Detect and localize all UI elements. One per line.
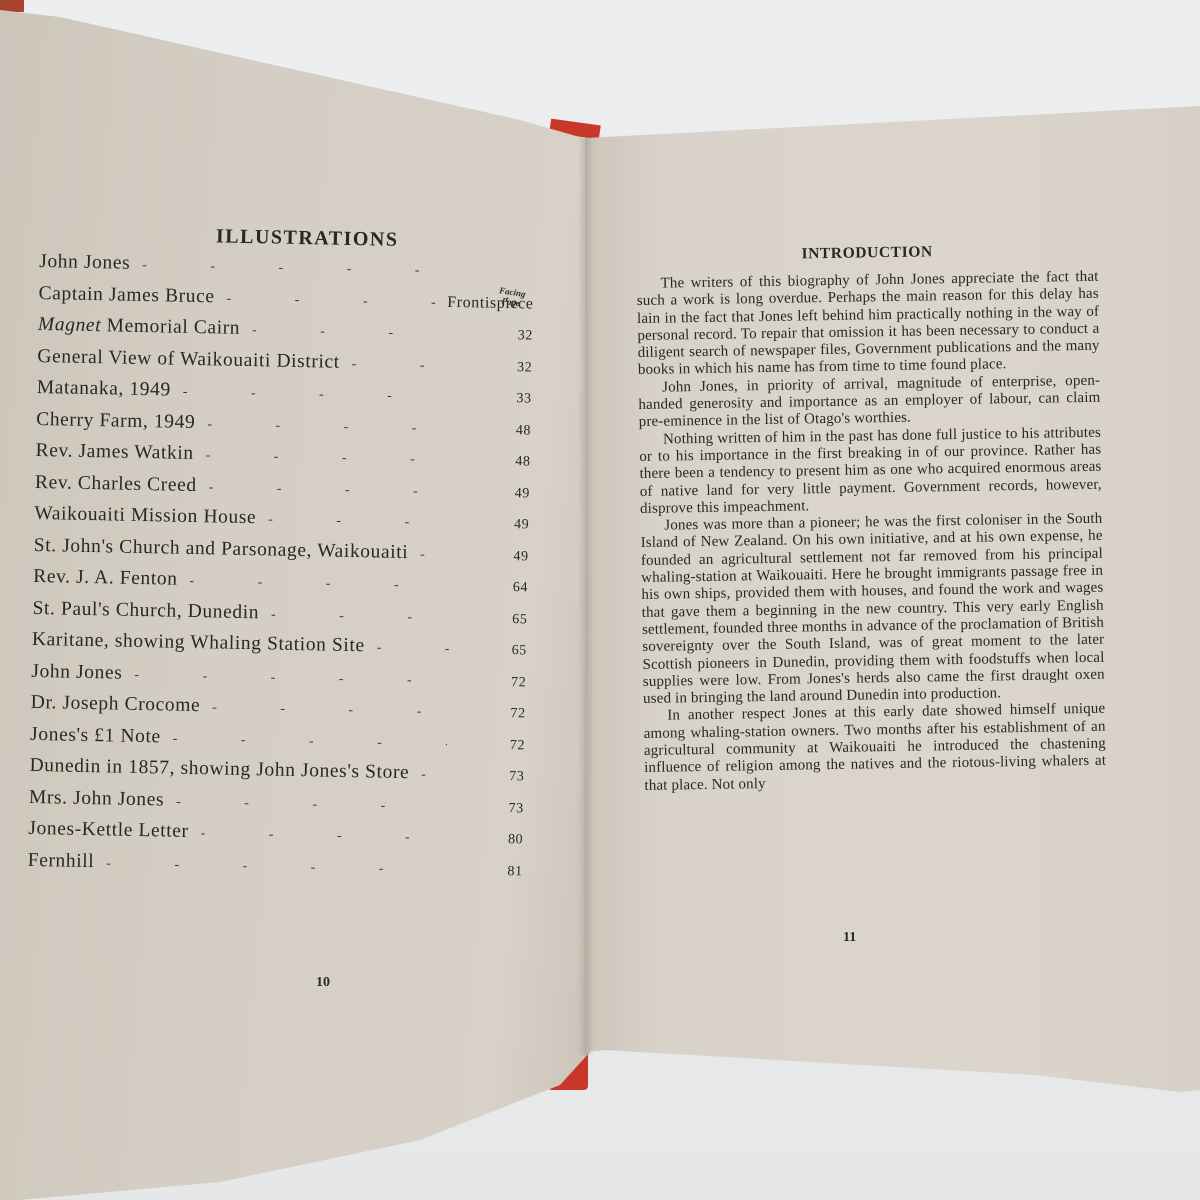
leader-dots: - - - - - - - - <box>193 448 452 469</box>
introduction-body: The writers of this biography of John Jo… <box>636 269 1106 795</box>
leader-dots: - - - - - - - - <box>240 323 455 343</box>
illustrations-list-section: ILLUSTRATIONS Facing Page John Jones - -… <box>27 222 535 890</box>
paragraph: Nothing written of him in the past has d… <box>639 424 1102 518</box>
page-number-right: 11 <box>843 930 856 946</box>
leader-dots: - - - - <box>340 356 455 374</box>
leader-dots: - - - - - - - - <box>171 385 454 406</box>
leader-dots: - - - - - - - - - <box>122 667 448 689</box>
leader-dots: - - - <box>365 640 450 658</box>
leader-dots: - - <box>408 547 451 564</box>
leader-dots: - - - - - - - <box>130 258 456 280</box>
leader-dots: - - - - - - - - <box>196 480 452 501</box>
page-number-left: 10 <box>316 975 330 991</box>
leader-dots: - - - - - - <box>256 512 451 532</box>
leader-dots: - - <box>409 767 447 784</box>
book-gutter <box>578 135 594 1055</box>
leader-dots: - - - - - - - - <box>177 574 450 595</box>
leader-dots: - - - - - - - <box>200 700 448 721</box>
paragraph: In another respect Jones at this early d… <box>643 701 1106 795</box>
leader-dots: - - - - - - - - <box>161 731 448 752</box>
leader-dots: - - - - - - - - <box>195 417 453 438</box>
leader-dots: - - - - - - <box>214 291 443 311</box>
leader-dots: - - - - - - - - <box>164 794 446 815</box>
leader-dots: - - - - - - - <box>259 607 450 627</box>
paragraph: The writers of this biography of John Jo… <box>636 269 1100 380</box>
paragraph: John Jones, in priority of arrival, magn… <box>638 373 1101 432</box>
book-cover-corner <box>0 0 24 12</box>
leader-dots: - - - - - - - - <box>188 826 445 847</box>
illustrations-list: John Jones - - - - - - - Captain James B… <box>27 251 534 890</box>
introduction-section: INTRODUCTION The writers of this biograp… <box>636 241 1107 795</box>
paragraph: Jones was more than a pioneer; he was th… <box>640 511 1105 708</box>
leader-dots: - - - - - - - - - <box>94 856 445 879</box>
